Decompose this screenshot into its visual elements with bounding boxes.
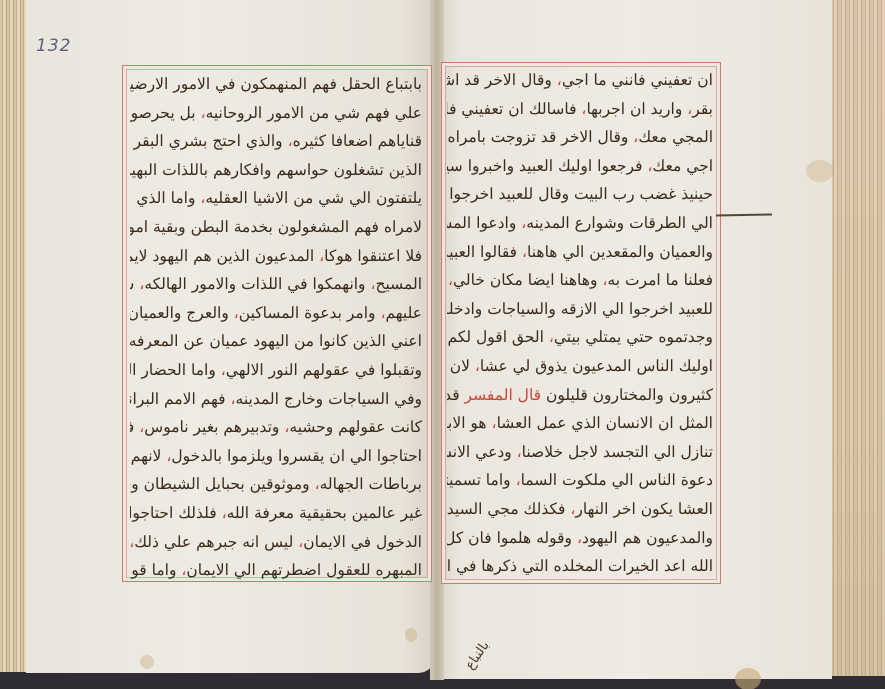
text-line: علي فهم شي من الامور الروحانيه، بل يحرصو… [130, 99, 422, 128]
rubric-mark: ، [577, 529, 582, 547]
rubric-mark: ، [139, 418, 144, 436]
text-line: يلتفتون الي شي من الاشيا العقليه، واما ا… [130, 184, 422, 213]
paper-stain [806, 160, 834, 182]
text-line: الدخول في الايمان، ليس انه جبرهم علي ذلك… [130, 528, 422, 557]
text-line: للعبيد اخرجوا الي الازقه والسياجات وادخل… [447, 295, 713, 324]
rubric-mark: ، [315, 475, 320, 493]
paper-stain [405, 628, 417, 642]
text-line: اعني الذين كانوا من اليهود عميان عن المع… [130, 327, 422, 356]
text-line: الله اعد الخيرات المخلده التي ذكرها في ا… [447, 552, 713, 581]
paper-stain [735, 668, 761, 689]
text-line: قناياهم اضعافا كثيره، والذي احتج بشري ال… [130, 127, 422, 156]
rubric-mark: ، [570, 500, 575, 518]
text-line: العشا يكون اخر النهار، فكذلك مجي السيد ا… [447, 495, 713, 524]
left-text-block: بابتباع الحقل فهم المنهمكون في الامور ال… [130, 70, 422, 585]
rubric-mark: ، [516, 471, 521, 489]
rubric-mark: ، [200, 189, 205, 207]
text-line: اوليك الناس المدعيون يذوق لي عشا، لان ال… [447, 352, 713, 381]
text-line: ان تعفيني فانني ما اجي، وقال الاخر قد اش… [447, 66, 713, 95]
right-fore-edge [830, 0, 885, 676]
text-line: فعلنا ما امرت به، وهاهنا ايضا مكان خالي،… [447, 266, 713, 295]
text-line: بقر، واريد ان اجربها، فاسالك ان تعفيني ف… [447, 95, 713, 124]
rubric-mark: ، [517, 443, 522, 461]
rubric-mark: ، [581, 100, 586, 118]
rubric-mark: ، [380, 304, 385, 322]
text-line: برباطات الجهاله، وموثوقين بحبايل الشيطان… [130, 470, 422, 499]
text-line: دعوة الناس الي ملكوت السما، واما تسميته … [447, 466, 713, 495]
rubric-mark: ، [201, 104, 206, 122]
text-line: تنازل الي التجسد لاجل خلاصنا، ودعي الانس… [447, 438, 713, 467]
rubric-mark: ، [475, 357, 480, 375]
text-line: كثيرون والمختارون قليلون قال المفسر قديم… [447, 381, 713, 410]
text-line: اجي معك، فرجعوا اوليك العبيد واخبروا سيد… [447, 152, 713, 181]
text-line: غير عالمين بحقيقية معرفة الله، فلذلك احت… [130, 499, 422, 528]
rubric-mark: ، [448, 271, 453, 289]
rubric-mark: ، [181, 561, 186, 579]
text-line: لامراه فهم المشغولون بخدمة البطن وبقية ا… [130, 213, 422, 242]
rubric-mark: ، [492, 414, 497, 432]
text-line: احتاجوا الي ان يقسروا ويلزموا بالدخول، ل… [130, 442, 422, 471]
text-line: الذين تشغلون حواسهم وافكارهم باللذات الب… [130, 156, 422, 185]
rubric-mark: ، [139, 275, 144, 293]
text-line: بابتباع الحقل فهم المنهمكون في الامور ال… [130, 70, 422, 99]
rubric-mark: ، [284, 418, 289, 436]
text-line: كانت عقولهم وحشيه، وتدبيرهم بغير ناموس، … [130, 413, 422, 442]
rubric-mark: ، [222, 504, 227, 522]
rubric-mark: ، [687, 100, 692, 118]
text-line: عليهم، وامر بدعوة المساكين، والعرج والعم… [130, 299, 422, 328]
rubric-mark: ، [647, 157, 652, 175]
rubric-mark: ، [319, 247, 324, 265]
manuscript-photo: 132 بابتباع الحقل فهم المنهمكون في الامو… [0, 0, 885, 689]
text-line: وتقبلوا في عقولهم النور الالهي، واما الح… [130, 356, 422, 385]
text-line: والمدعيون هم اليهود، وقوله هلموا فان كل … [447, 524, 713, 553]
rubric-mark: ، [221, 361, 226, 379]
rubric-mark: ، [549, 328, 554, 346]
text-line: وفي السياجات وخارج المدينه، فهم الامم ال… [130, 385, 422, 414]
right-text-block: ان تعفيني فانني ما اجي، وقال الاخر قد اش… [447, 66, 713, 581]
text-line: الي الطرقات وشوارع المدينه، وادعوا المسا… [447, 209, 713, 238]
text-line: حينيذ غضب رب البيت وقال للعبيد اخرجوا سر… [447, 180, 713, 209]
text-line: وجدتموه حتي يمتلي بيتي، الحق اقول لكم ان… [447, 323, 713, 352]
text-line: المثل ان الانسان الذي عمل العشا، هو الاب… [447, 409, 713, 438]
text-line: فلا اعتنقوا هوكا، المدعيون الذين هم اليه… [130, 242, 422, 271]
folio-number: 132 [36, 36, 71, 56]
text-line: والعميان والمقعدين الي هاهنا، فقالوا الع… [447, 238, 713, 267]
rubric-mark: ، [234, 304, 239, 322]
rubric-mark: ، [370, 275, 375, 293]
text-line: المسيح، وانهمكوا في اللذات والامور الهال… [130, 270, 422, 299]
rubric-mark: ، [602, 271, 607, 289]
paper-stain [140, 655, 154, 669]
rubric-mark: ، [130, 533, 134, 551]
rubric-mark: ، [166, 447, 171, 465]
rubric-phrase: قال المفسر [465, 386, 542, 404]
rubric-mark: ، [298, 533, 303, 551]
rubric-mark: ، [522, 243, 527, 261]
rubric-mark: ، [557, 71, 562, 89]
rubric-mark: ، [633, 128, 638, 146]
text-line: المبهره للعقول اضطرتهم الي الايمان، واما… [130, 556, 422, 585]
text-line: المجي معك، وقال الاخر قد تزوجت بامراه، ف… [447, 123, 713, 152]
rubric-mark: ، [521, 214, 526, 232]
rubric-mark: ، [288, 132, 293, 150]
rubric-mark: ، [231, 390, 236, 408]
